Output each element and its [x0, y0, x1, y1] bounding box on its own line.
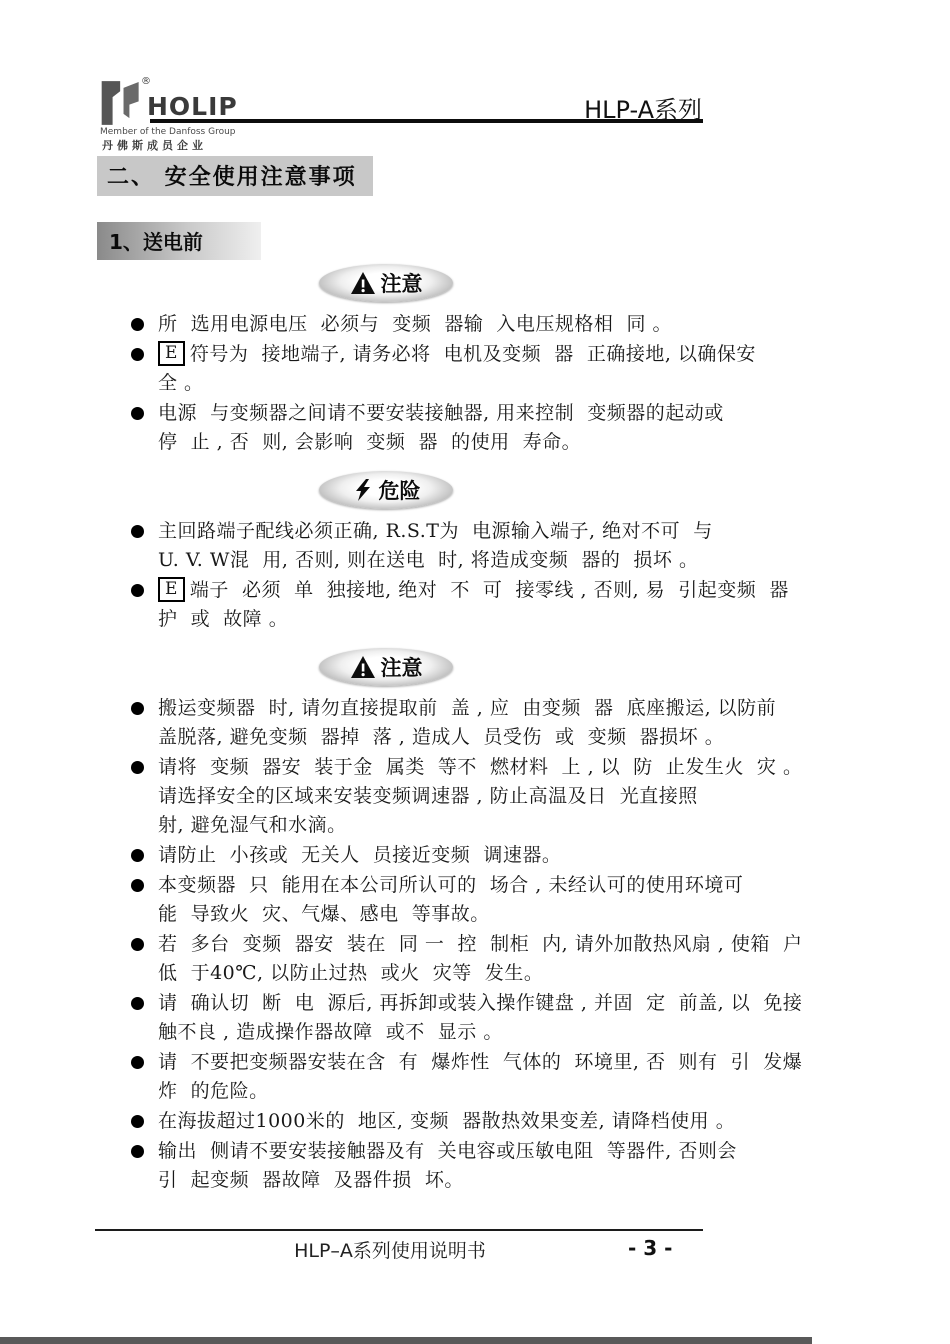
bullet-text: 请防止 小孩或 无关人 员接近变频 调速器。	[158, 844, 561, 866]
bullet-list: 主回路端子配线必须正确, R.S.T为 电源输入端子, 绝对不可 与 U. V.…	[120, 517, 880, 634]
brand-tagline-cn: 丹佛斯成员企业	[102, 137, 207, 153]
list-item: 电源 与变频器之间请不要安装接触器, 用来控制 变频器的起动或 停 止 , 否 …	[120, 399, 880, 457]
registered-mark-icon: ®	[141, 76, 151, 87]
bullet-icon	[131, 702, 144, 715]
list-item: 在海拔超过1000米的 地区, 变频 器散热效果变差, 请降档使用 。	[120, 1107, 880, 1136]
list-item: 请将 变频 器安 装于金 属类 等不 燃材料 上 , 以 防 止发生火 灾 。 …	[120, 753, 880, 840]
list-item: 所 选用电源电压 必须与 变频 器输 入电压规格相 同 。	[120, 310, 880, 339]
lightning-icon	[352, 478, 374, 502]
manual-page: ® HOLIP Member of the Danfoss Group 丹佛斯成…	[0, 0, 950, 1344]
bullet-text: 端子 必须 单 独接地, 绝对 不 可 接零线 , 否则, 易 引起变频 器 护…	[158, 579, 789, 630]
safety-section: 注意 所 选用电源电压 必须与 变频 器输 入电压规格相 同 。 E符号为 接地…	[120, 264, 880, 457]
section-title: 二、 安全使用注意事项	[97, 156, 373, 196]
alert-badge: 危险	[319, 471, 453, 509]
footer-doc-title: HLP–A系列使用说明书	[150, 1236, 630, 1263]
safety-section: 注意 搬运变频器 时, 请勿直接提取前 盖 , 应 由变频 器 底座搬运, 以防…	[120, 648, 880, 1195]
bullet-text: 主回路端子配线必须正确, R.S.T为 电源输入端子, 绝对不可 与 U. V.…	[158, 520, 713, 571]
bullet-icon	[131, 584, 144, 597]
list-item: 请 确认切 断 电 源后, 再拆卸或装入操作键盘 , 并固 定 前盖, 以 免接…	[120, 989, 880, 1047]
list-item: 主回路端子配线必须正确, R.S.T为 电源输入端子, 绝对不可 与 U. V.…	[120, 517, 880, 575]
safety-content: 注意 所 选用电源电压 必须与 变频 器输 入电压规格相 同 。 E符号为 接地…	[120, 262, 880, 1199]
ground-terminal-box: E	[158, 341, 185, 366]
bullet-text: 在海拔超过1000米的 地区, 变频 器散热效果变差, 请降档使用 。	[158, 1110, 735, 1132]
bullet-icon	[131, 348, 144, 361]
bullet-icon	[131, 318, 144, 331]
list-item: 若 多台 变频 器安 装在 同 一 控 制柜 内, 请外加散热风扇 , 使箱 户…	[120, 930, 880, 988]
alert-badge-label: 注意	[381, 268, 423, 298]
list-item: 本变频器 只 能用在本公司所认可的 场合 , 未经认可的使用环境可 能 导致火 …	[120, 871, 880, 929]
bottom-scan-bar	[0, 1337, 812, 1344]
bullet-text: 搬运变频器 时, 请勿直接提取前 盖 , 应 由变频 器 底座搬运, 以防前 盖…	[158, 697, 776, 748]
bullet-text: 输出 侧请不要安装接触器及有 关电容或压敏电阻 等器件, 否则会 引 起变频 器…	[158, 1140, 737, 1191]
brand-tagline: Member of the Danfoss Group	[100, 127, 236, 137]
bullet-icon	[131, 849, 144, 862]
bullet-icon	[131, 525, 144, 538]
bullet-text: 电源 与变频器之间请不要安装接触器, 用来控制 变频器的起动或 停 止 , 否 …	[158, 402, 724, 453]
bullet-icon	[131, 1056, 144, 1069]
list-item: 搬运变频器 时, 请勿直接提取前 盖 , 应 由变频 器 底座搬运, 以防前 盖…	[120, 694, 880, 752]
bullet-icon	[131, 761, 144, 774]
ground-terminal-box: E	[158, 577, 185, 602]
safety-section: 危险 主回路端子配线必须正确, R.S.T为 电源输入端子, 绝对不可 与 U.…	[120, 471, 880, 634]
list-item: E符号为 接地端子, 请务必将 电机及变频 器 正确接地, 以确保安 全 。	[120, 340, 880, 398]
bullet-icon	[131, 997, 144, 1010]
header-rule	[150, 119, 703, 123]
list-item: 请防止 小孩或 无关人 员接近变频 调速器。	[120, 841, 880, 870]
bullet-text: 符号为 接地端子, 请务必将 电机及变频 器 正确接地, 以确保安 全 。	[158, 343, 756, 394]
subsection-title: 1、送电前	[97, 222, 261, 260]
bullet-icon	[131, 1145, 144, 1158]
alert-badge-label: 注意	[381, 652, 423, 682]
bullet-icon	[131, 1115, 144, 1128]
holip-logo: ® HOLIP Member of the Danfoss Group 丹佛斯成…	[100, 76, 280, 150]
bullet-icon	[131, 407, 144, 420]
bullet-text: 请 不要把变频器安装在含 有 爆炸性 气体的 环境里, 否 则有 引 发爆 炸 …	[158, 1051, 802, 1102]
warning-triangle-icon	[350, 655, 376, 679]
footer-rule	[95, 1229, 703, 1231]
bullet-text: 本变频器 只 能用在本公司所认可的 场合 , 未经认可的使用环境可 能 导致火 …	[158, 874, 743, 925]
holip-logo-mark-icon	[100, 80, 142, 126]
bullet-text: 若 多台 变频 器安 装在 同 一 控 制柜 内, 请外加散热风扇 , 使箱 户…	[158, 933, 802, 984]
list-item: 输出 侧请不要安装接触器及有 关电容或压敏电阻 等器件, 否则会 引 起变频 器…	[120, 1137, 880, 1195]
bullet-text: 请将 变频 器安 装于金 属类 等不 燃材料 上 , 以 防 止发生火 灾 。 …	[158, 756, 802, 836]
brand-name: HOLIP	[147, 92, 238, 121]
warning-triangle-icon	[350, 271, 376, 295]
bullet-text: 请 确认切 断 电 源后, 再拆卸或装入操作键盘 , 并固 定 前盖, 以 免接…	[158, 992, 802, 1043]
bullet-list: 所 选用电源电压 必须与 变频 器输 入电压规格相 同 。 E符号为 接地端子,…	[120, 310, 880, 457]
alert-badge: 注意	[319, 264, 453, 302]
list-item: E端子 必须 单 独接地, 绝对 不 可 接零线 , 否则, 易 引起变频 器 …	[120, 576, 880, 634]
alert-badge-label: 危险	[379, 475, 421, 505]
footer-page-number: - 3 -	[628, 1236, 672, 1260]
bullet-list: 搬运变频器 时, 请勿直接提取前 盖 , 应 由变频 器 底座搬运, 以防前 盖…	[120, 694, 880, 1195]
alert-badge: 注意	[319, 648, 453, 686]
bullet-text: 所 选用电源电压 必须与 变频 器输 入电压规格相 同 。	[158, 313, 672, 335]
list-item: 请 不要把变频器安装在含 有 爆炸性 气体的 环境里, 否 则有 引 发爆 炸 …	[120, 1048, 880, 1106]
bullet-icon	[131, 879, 144, 892]
bullet-icon	[131, 938, 144, 951]
